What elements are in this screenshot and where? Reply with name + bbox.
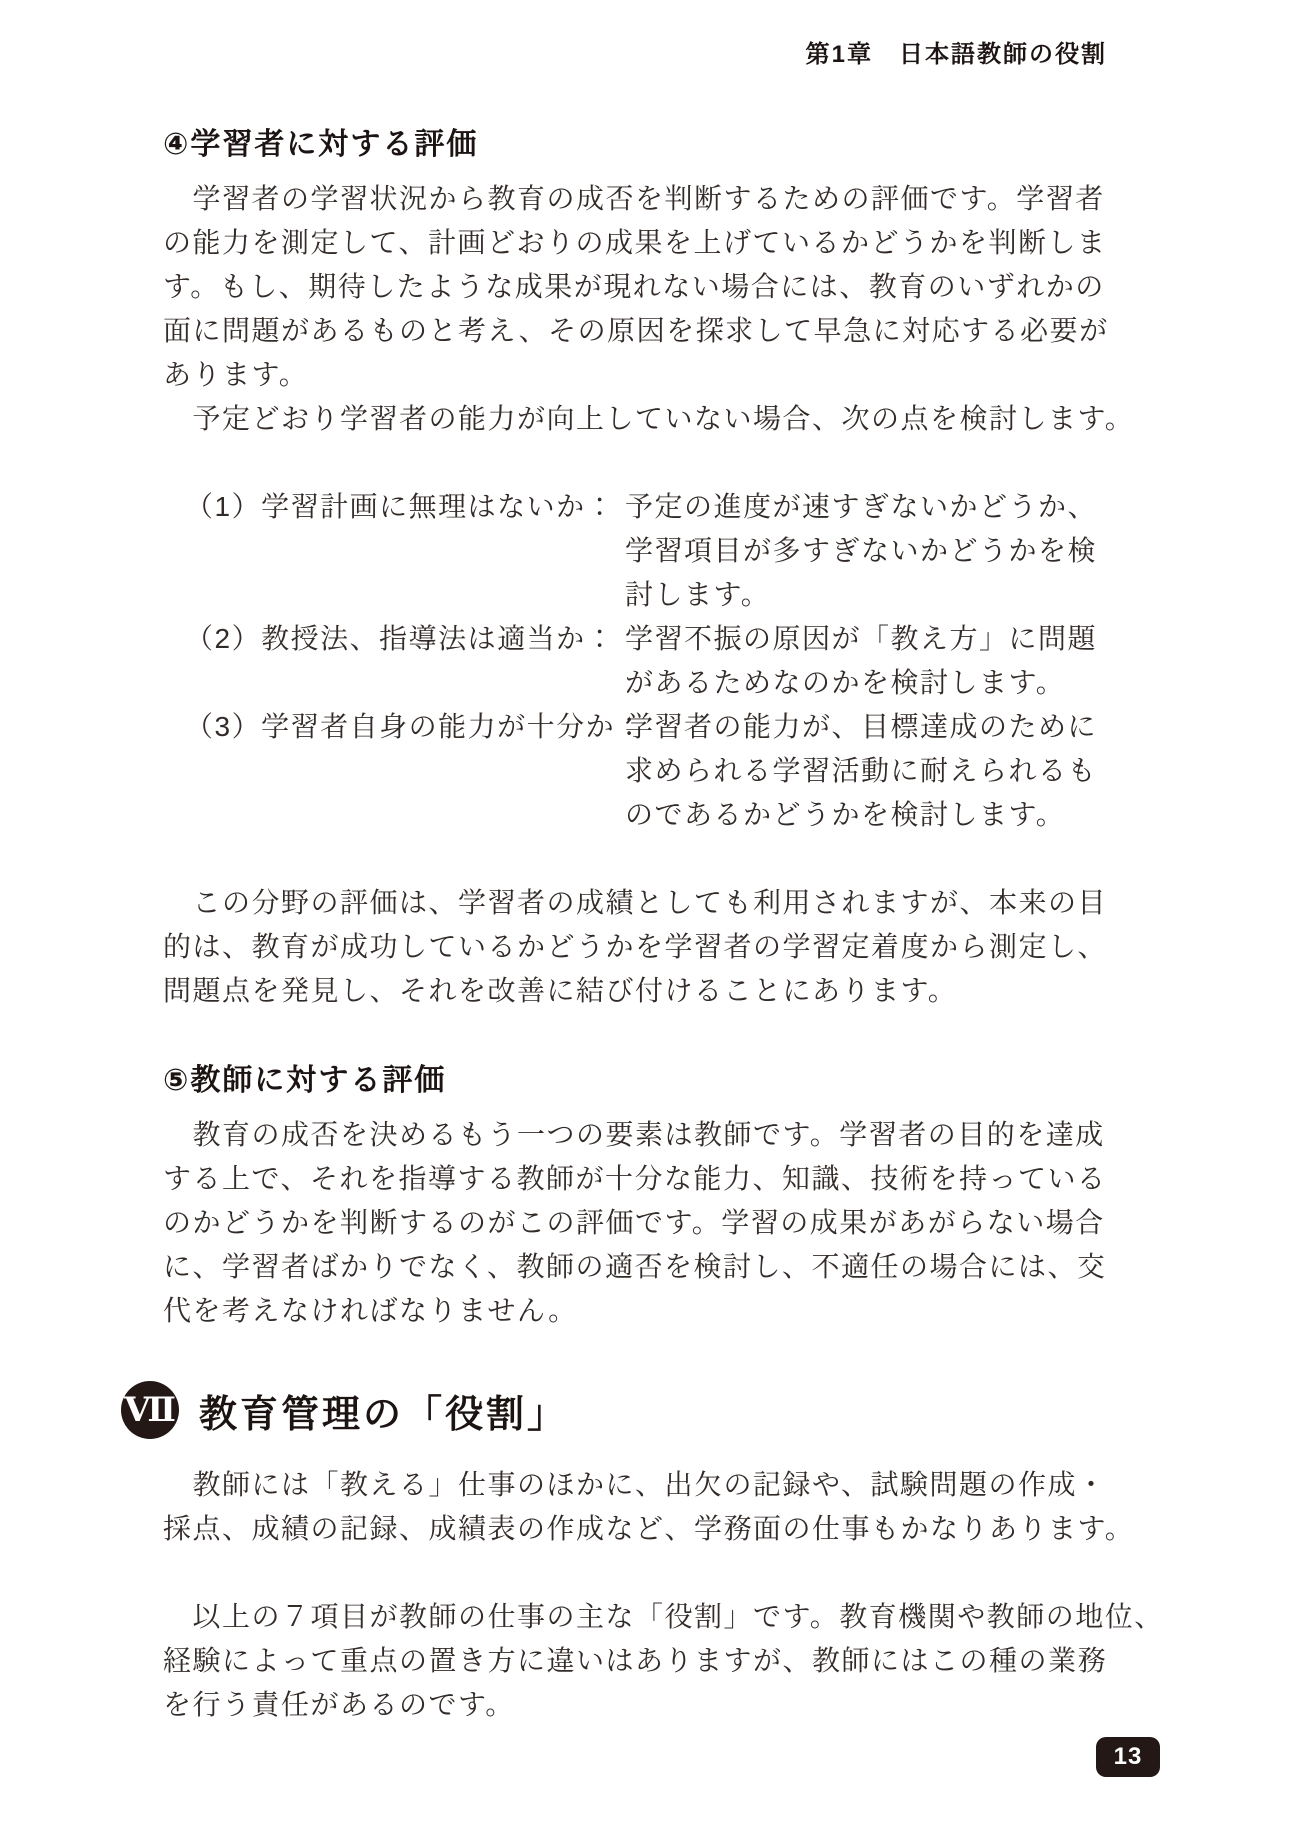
- section7-title: 教育管理の「役割」: [199, 1383, 568, 1438]
- list-item-term: （2）教授法、指導法は適当か：: [185, 617, 625, 661]
- section4-paragraph-2: 予定どおり学習者の能力が向上していない場合、次の点を検討します。: [163, 397, 1107, 441]
- section5-heading: ⑤教師に対する評価: [163, 1055, 1107, 1099]
- section4-paragraph-3: この分野の評価は、学習者の成績としても利用されますが、本来の目 的は、教育が成功…: [163, 881, 1107, 1013]
- section7-paragraph-2: 以上の７項目が教師の仕事の主な「役割」です。教育機関や教師の地位、 経験によって…: [163, 1595, 1107, 1727]
- section4-heading: ④学習者に対する評価: [163, 119, 1107, 163]
- section7-paragraph-1: 教師には「教える」仕事のほかに、出欠の記録や、試験問題の作成・ 採点、成績の記録…: [163, 1463, 1107, 1551]
- list-item: （2）教授法、指導法は適当か： 学習不振の原因が「教え方」に問題 があるためなの…: [185, 617, 1107, 705]
- section5-paragraph: 教育の成否を決めるもう一つの要素は教師です。学習者の目的を達成 する上で、それを…: [163, 1113, 1107, 1333]
- section-number-badge: Ⅶ: [121, 1381, 179, 1439]
- checkpoint-list: （1）学習計画に無理はないか： 予定の進度が速すぎないかどうか、 学習項目が多す…: [185, 485, 1107, 837]
- book-page: { "page": { "header": "第1章 日本語教師の役割", "p…: [0, 0, 1290, 1821]
- section4-paragraph-1: 学習者の学習状況から教育の成否を判断するための評価です。学習者 の能力を測定して…: [163, 177, 1107, 397]
- list-item-term: （3）学習者自身の能力が十分か：: [185, 705, 625, 749]
- list-item-description: 予定の進度が速すぎないかどうか、 学習項目が多すぎないかどうかを検 討します。: [625, 485, 1107, 617]
- list-item-description: 学習不振の原因が「教え方」に問題 があるためなのかを検討します。: [625, 617, 1107, 705]
- page-number-badge: 13: [1096, 1737, 1160, 1777]
- list-item: （1）学習計画に無理はないか： 予定の進度が速すぎないかどうか、 学習項目が多す…: [185, 485, 1107, 617]
- running-header: 第1章 日本語教師の役割: [163, 34, 1107, 69]
- list-item-description: 学習者の能力が、目標達成のために 求められる学習活動に耐えられるも のであるかど…: [625, 705, 1107, 837]
- list-item: （3）学習者自身の能力が十分か： 学習者の能力が、目標達成のために 求められる学…: [185, 705, 1107, 837]
- page-content: 第1章 日本語教師の役割 ④学習者に対する評価 学習者の学習状況から教育の成否を…: [0, 0, 1290, 1727]
- list-item-term: （1）学習計画に無理はないか：: [185, 485, 625, 529]
- section7-heading-row: Ⅶ 教育管理の「役割」: [121, 1381, 1107, 1439]
